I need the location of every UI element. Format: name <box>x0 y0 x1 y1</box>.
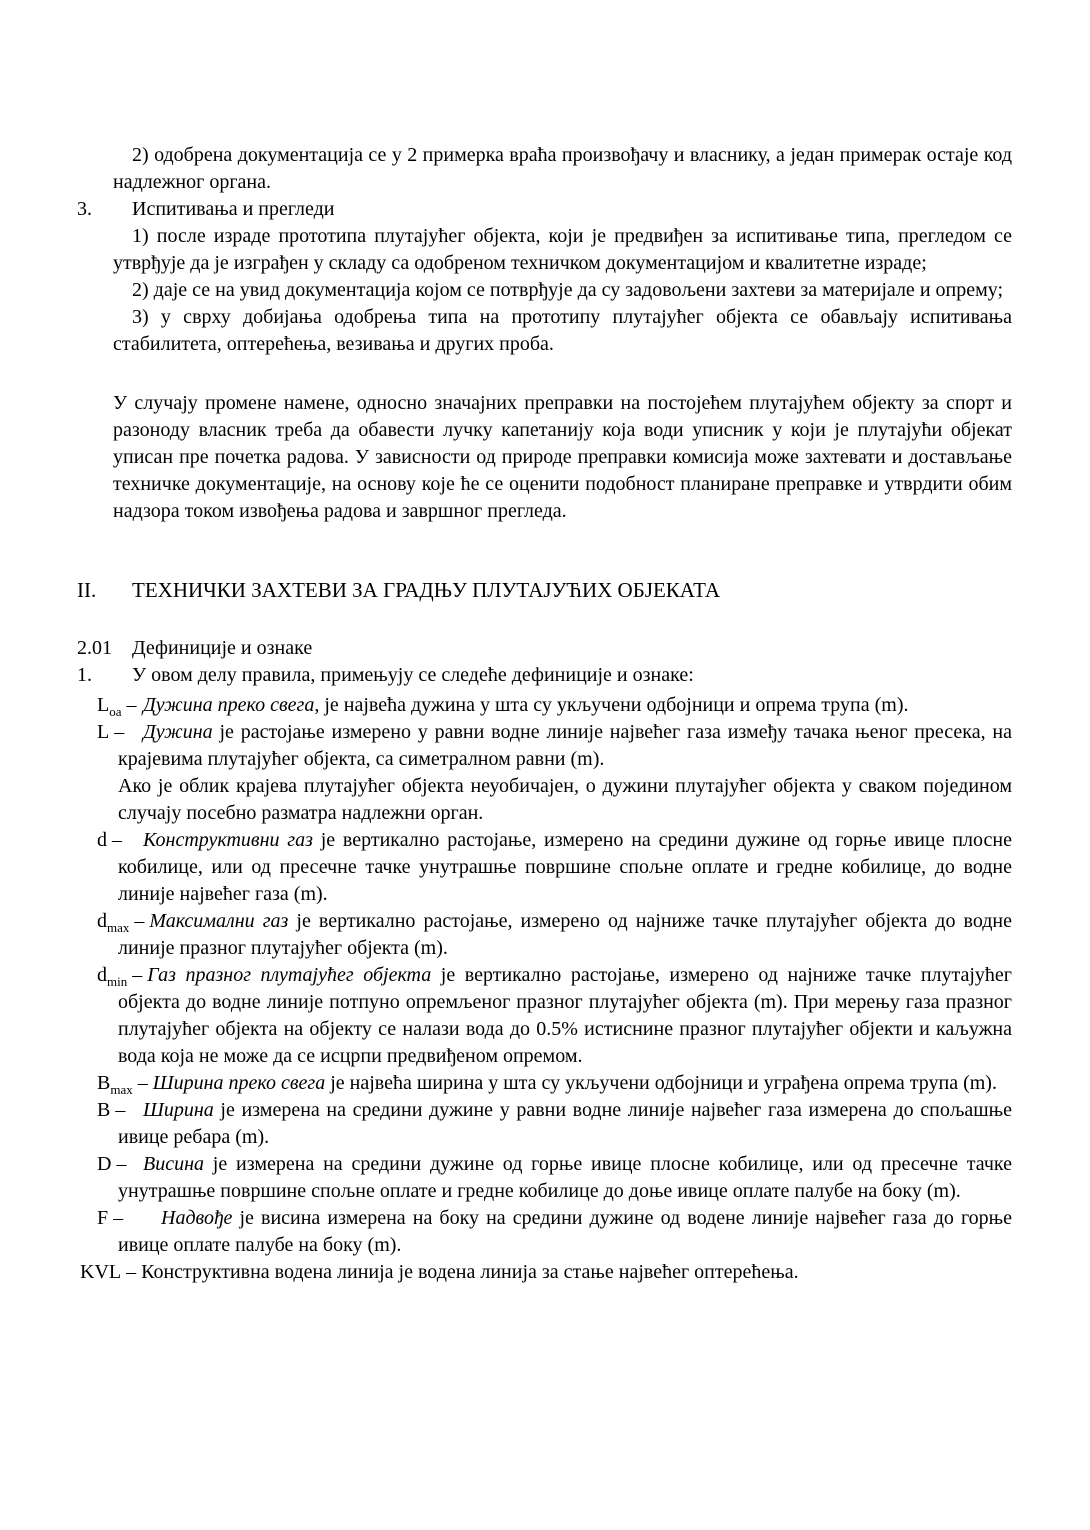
definition-b-symbol: B – <box>97 1097 143 1124</box>
definition-dd: D – Висина је измерена на средини дужине… <box>118 1151 1012 1205</box>
subsection-number: 2.01 <box>77 635 117 662</box>
definition-dmin-symbol: dmin – <box>97 962 147 989</box>
definition-dmax-symbol: dmax – <box>97 908 149 935</box>
definition-f: F – Надвође је висина измерена на боку н… <box>118 1205 1012 1259</box>
section-number: II. <box>77 577 117 604</box>
definition-loa-term: Дужина преко свега <box>143 694 314 716</box>
definition-bmax-text: је највећа ширина у шта су укључени одбо… <box>325 1072 997 1094</box>
definition-l: L – Дужина је растојање измерено у равни… <box>118 719 1012 827</box>
list-subitem-3: 3) у сврху добијања одобрења типа на про… <box>113 304 1012 358</box>
list-item-3-number: 3. <box>77 196 117 223</box>
definition-dmax: dmax – Максимални газ је вертикално раст… <box>118 908 1012 962</box>
definition-b-term: Ширина <box>143 1099 214 1121</box>
definition-bmax: Bmax – Ширина преко свега је највећа шир… <box>118 1070 1012 1097</box>
definition-l-note: Ако је облик крајева плутајућег објекта … <box>118 775 1012 824</box>
definition-bmax-term: Ширина преко свега <box>153 1072 326 1094</box>
definition-dmin-term: Газ празног плутајућег објекта <box>147 964 431 986</box>
definition-d-symbol: d – <box>97 827 143 854</box>
document-page: 2) одобрена документација се у 2 примерк… <box>0 0 1090 1530</box>
list-subitem-3-text: 3) у сврху добијања одобрења типа на про… <box>113 306 1012 355</box>
subsection-title: Дефиниције и ознаке <box>132 637 312 659</box>
definition-d: d – Конструктивни газ је вертикално раст… <box>118 827 1012 908</box>
definition-loa: Loa – Дужина преко свега, је највећа дуж… <box>118 692 1012 719</box>
section-title: ТЕХНИЧКИ ЗАХТЕВИ ЗА ГРАДЊУ ПЛУТАЈУЋИХ ОБ… <box>132 578 720 602</box>
list-item-3: 3.Испитивања и прегледи <box>113 196 1012 223</box>
list-subitem-1: 1) после израде прототипа плутајућег обј… <box>113 223 1012 277</box>
paragraph-repurposing-text: У случају промене намене, односно значај… <box>113 392 1012 522</box>
definitions-intro-number: 1. <box>77 662 117 689</box>
definition-d-term: Конструктивни газ <box>143 829 313 851</box>
list-subitem-1-text: 1) после израде прототипа плутајућег обј… <box>113 225 1012 274</box>
definition-b: B – Ширина је измерена на средини дужине… <box>118 1097 1012 1151</box>
list-item-3-text: Испитивања и прегледи <box>132 198 335 220</box>
definition-f-symbol: F – <box>97 1205 161 1232</box>
definition-dd-text: је измерена на средини дужине од горње и… <box>118 1153 1012 1202</box>
definitions-list: Loa – Дужина преко свега, је највећа дуж… <box>113 692 1012 1286</box>
paragraph-repurposing: У случају промене намене, односно значај… <box>113 390 1012 525</box>
definition-dd-term: Висина <box>143 1153 204 1175</box>
definition-l-text: је растојање измерено у равни водне лини… <box>118 721 1012 770</box>
list-subitem-2: 2) даје се на увид документација којом с… <box>113 277 1012 304</box>
definition-b-text: је измерена на средини дужине у равни во… <box>118 1099 1012 1148</box>
definition-kvl-text: Конструктивна водена линија је водена ли… <box>141 1261 798 1283</box>
definitions-intro-text: У овом делу правила, примењују се следећ… <box>132 664 694 686</box>
definitions-intro: 1.У овом делу правила, примењују се след… <box>113 662 1012 689</box>
definition-kvl-symbol: KVL – <box>80 1259 141 1286</box>
list-item-2-text: 2) одобрена документација се у 2 примерк… <box>113 144 1012 193</box>
definition-l-term: Дужина <box>143 721 213 743</box>
definition-loa-symbol: Loa – <box>97 692 143 719</box>
list-subitem-2-text: 2) даје се на увид документација којом с… <box>132 279 1003 301</box>
definition-f-term: Надвође <box>161 1207 232 1229</box>
subsection-heading: 2.01Дефиниције и ознаке <box>113 635 1012 662</box>
section-heading: II.ТЕХНИЧКИ ЗАХТЕВИ ЗА ГРАДЊУ ПЛУТАЈУЋИХ… <box>113 577 1012 604</box>
definition-bmax-symbol: Bmax – <box>97 1070 153 1097</box>
definition-dd-symbol: D – <box>97 1151 143 1178</box>
definition-kvl: KVL – Конструктивна водена линија је вод… <box>118 1259 1012 1286</box>
definition-f-text: је висина измерена на боку на средини ду… <box>118 1207 1012 1256</box>
list-item-2: 2) одобрена документација се у 2 примерк… <box>113 142 1012 196</box>
definition-loa-text: , је највећа дужина у шта су укључени од… <box>314 694 908 716</box>
definition-dmin: dmin – Газ празног плутајућег објекта је… <box>118 962 1012 1070</box>
definition-l-symbol: L – <box>97 719 143 746</box>
definition-dmax-term: Максимални газ <box>149 910 288 932</box>
